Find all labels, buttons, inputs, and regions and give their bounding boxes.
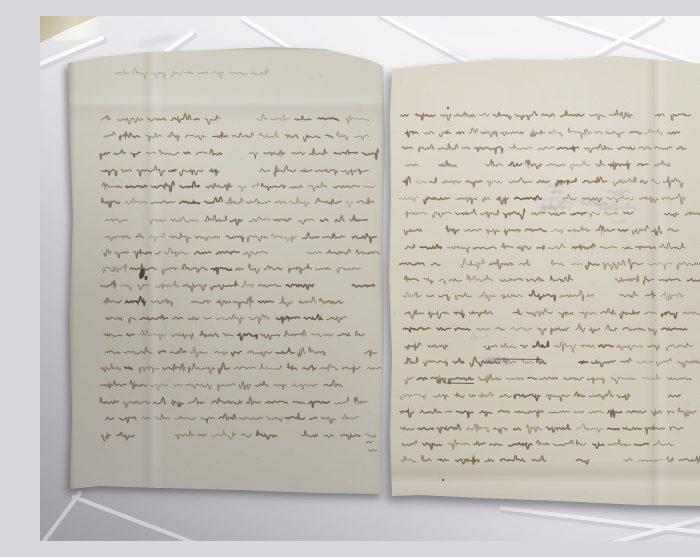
handwriting-right <box>384 46 700 511</box>
manuscript-page-right <box>384 46 700 511</box>
photo-of-manuscript: Two pages of an antique handwritten Germ… <box>40 16 700 541</box>
right-page-shadow-wrap <box>40 16 700 541</box>
